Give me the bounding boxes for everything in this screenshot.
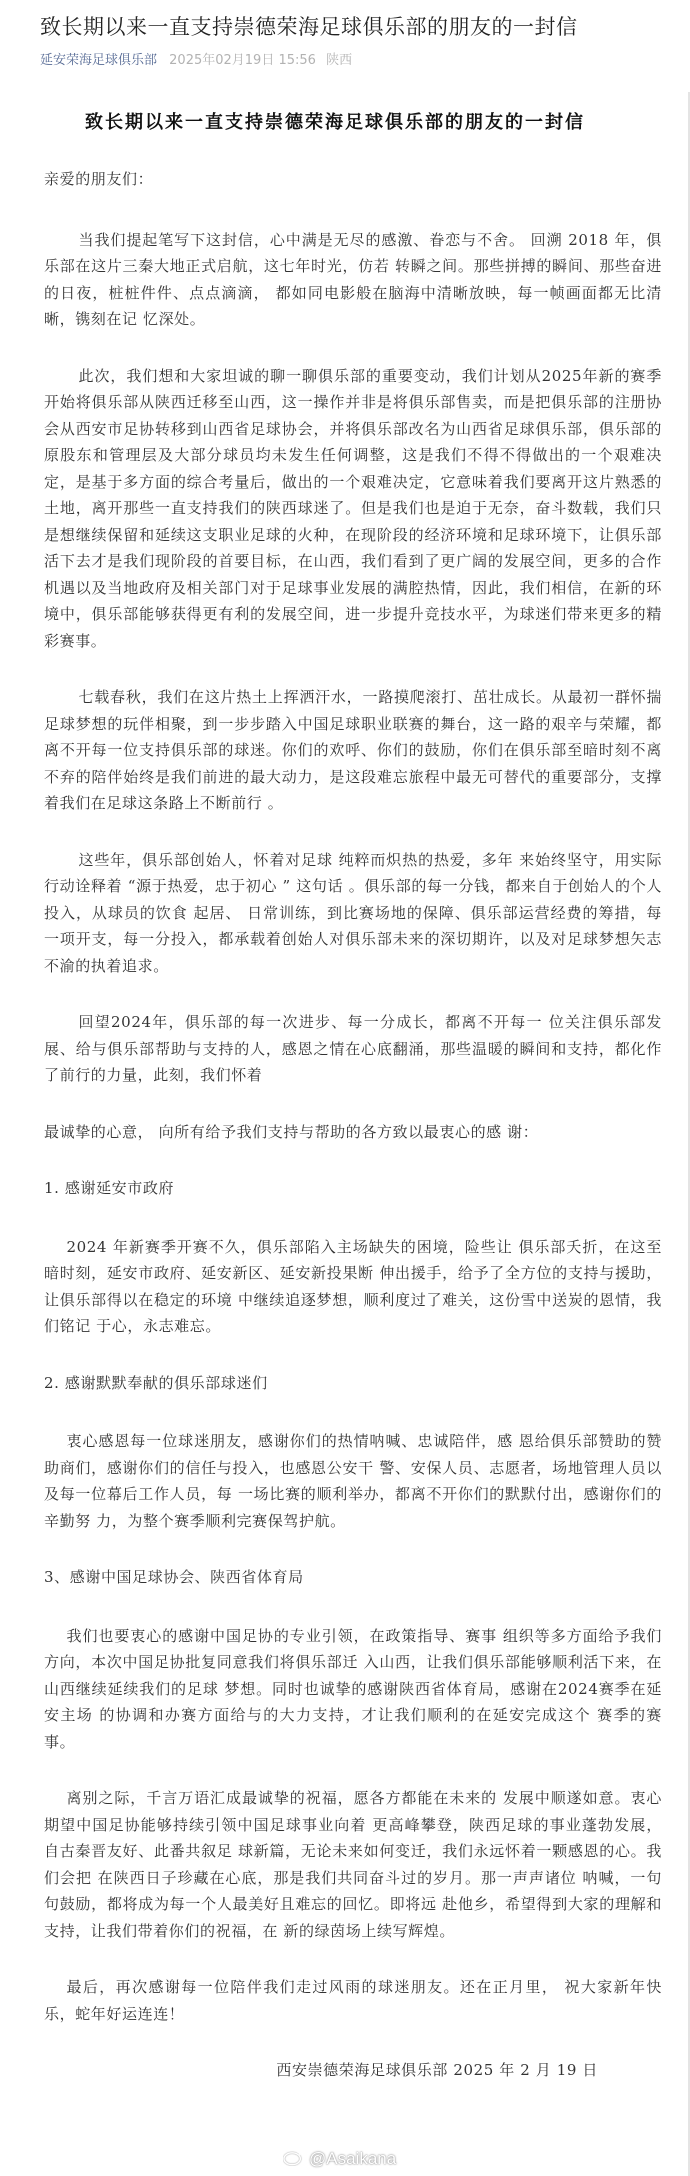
- weibo-icon: [283, 2146, 305, 2171]
- paragraph: 回望2024年，俱乐部的每一次进步、每一分成长，都离不开每一 位关注俱乐部发展、…: [44, 1009, 662, 1089]
- article-meta: 延安荣海足球俱乐部 2025年02月19日 15:56 陕西: [40, 52, 660, 70]
- closing-paragraph: 最后，再次感谢每一位陪伴我们走过风雨的球迷朋友。还在正月里， 祝大家新年快乐，蛇…: [44, 1974, 662, 2027]
- article-header: 致长期以来一直支持崇德荣海足球俱乐部的朋友的一封信 延安荣海足球俱乐部 2025…: [40, 12, 660, 70]
- publish-date: 2025年02月19日 15:56: [169, 53, 316, 68]
- paragraph: 七载春秋，我们在这片热土上挥洒汗水，一路摸爬滚打、茁壮成长。从最初一群怀揣足球梦…: [44, 684, 662, 817]
- source-account-link[interactable]: 延安荣海足球俱乐部: [40, 53, 157, 68]
- farewell-paragraph: 离别之际，千言万语汇成最诚挚的祝福，愿各方都能在未来的 发展中顺遂如意。衷心期望…: [44, 1785, 662, 1944]
- section-heading: 3、感谢中国足球协会、陕西省体育局: [44, 1564, 662, 1591]
- section-body: 衷心感恩每一位球迷朋友，感谢你们的热情呐喊、忠诚陪伴，感 恩给俱乐部赞助的赞助商…: [44, 1428, 662, 1534]
- watermark-handle: @Asaikana: [309, 2149, 396, 2169]
- paragraph: 这些年，俱乐部创始人，怀着对足球 纯粹而炽热的热爱，多年 来始终坚守，用实际行动…: [44, 847, 662, 980]
- section-body: 我们也要衷心的感谢中国足协的专业引领，在政策指导、赛事 组织等多方面给予我们方向…: [44, 1623, 662, 1756]
- publish-location: 陕西: [326, 53, 352, 68]
- weibo-watermark: @Asaikana: [283, 2146, 396, 2171]
- letter-document: 致长期以来一直支持崇德荣海足球俱乐部的朋友的一封信 亲爱的朋友们： 当我们提起笔…: [44, 100, 662, 2114]
- signature: 西安崇德荣海足球俱乐部 2025 年 2 月 19 日: [44, 2057, 662, 2084]
- paragraph: 当我们提起笔写下这封信，心中满是无尽的感激、眷恋与不舍。 回溯 2018 年，俱…: [44, 227, 662, 333]
- letter-title: 致长期以来一直支持崇德荣海足球俱乐部的朋友的一封信: [44, 108, 662, 134]
- thanks-intro: 最诚挚的心意， 向所有给予我们支持与帮助的各方致以最衷心的感 谢：: [44, 1119, 662, 1146]
- paragraph: 此次，我们想和大家坦诚的聊一聊俱乐部的重要变动，我们计划从2025年新的赛季开始…: [44, 363, 662, 655]
- section-heading: 2. 感谢默默奉献的俱乐部球迷们: [44, 1370, 662, 1397]
- salutation: 亲爱的朋友们：: [44, 166, 662, 193]
- section-body: 2024 年新赛季开赛不久，俱乐部陷入主场缺失的困境，险些让 俱乐部夭折，在这至…: [44, 1234, 662, 1340]
- article-title: 致长期以来一直支持崇德荣海足球俱乐部的朋友的一封信: [40, 12, 660, 42]
- section-heading: 1. 感谢延安市政府: [44, 1175, 662, 1202]
